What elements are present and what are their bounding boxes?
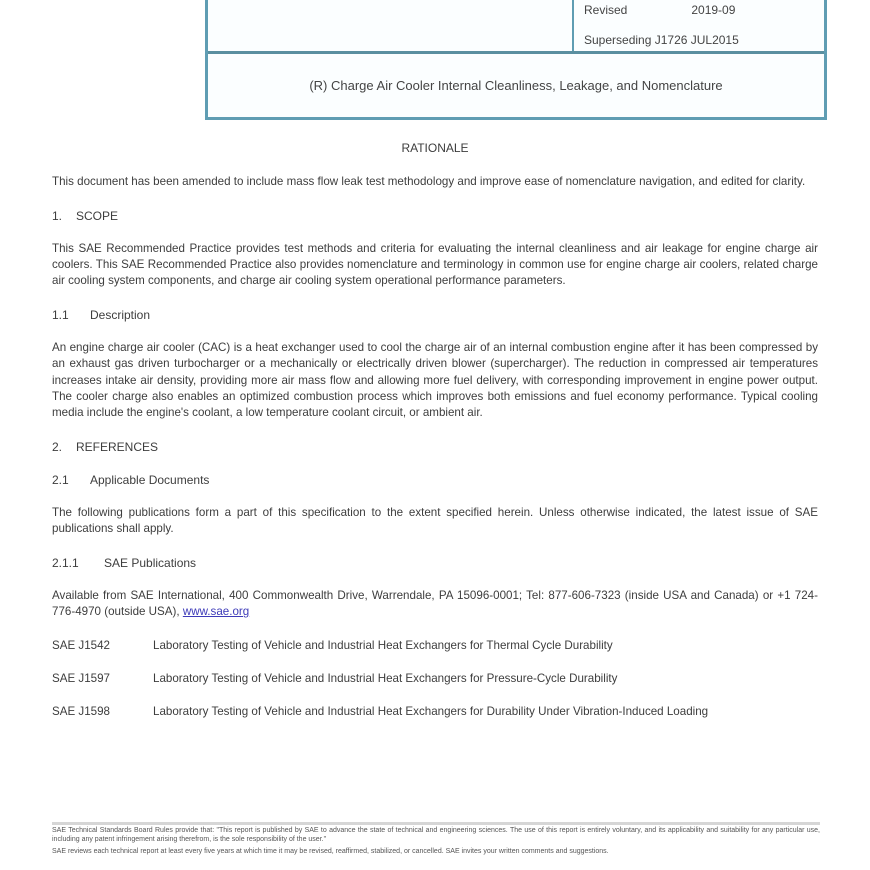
- document-title: (R) Charge Air Cooler Internal Cleanline…: [208, 54, 824, 117]
- reference-item: SAE J1597 Laboratory Testing of Vehicle …: [52, 671, 818, 687]
- revised-row: Revised 2019-09: [584, 3, 735, 17]
- reference-item: SAE J1598 Laboratory Testing of Vehicle …: [52, 704, 818, 720]
- description-text: An engine charge air cooler (CAC) is a h…: [52, 340, 818, 421]
- section-number: 2.1.1: [52, 555, 104, 571]
- reference-title: Laboratory Testing of Vehicle and Indust…: [153, 704, 818, 720]
- footer-paragraph: SAE reviews each technical report at lea…: [52, 847, 820, 856]
- footer-paragraph: SAE Technical Standards Board Rules prov…: [52, 826, 820, 844]
- section-title: Description: [90, 308, 150, 322]
- reference-id: SAE J1597: [52, 671, 153, 687]
- reference-id: SAE J1542: [52, 638, 153, 654]
- revised-label: Revised: [584, 3, 688, 17]
- scope-text: This SAE Recommended Practice provides t…: [52, 241, 818, 290]
- section-heading-description: 1.1Description: [52, 307, 818, 323]
- footer-notice: SAE Technical Standards Board Rules prov…: [52, 826, 820, 859]
- applicable-documents-text: The following publications form a part o…: [52, 505, 818, 538]
- header-top-row: Revised 2019-09 Superseding J1726 JUL201…: [208, 0, 824, 54]
- rationale-heading: RATIONALE: [52, 140, 818, 156]
- sae-website-link[interactable]: www.sae.org: [183, 605, 249, 618]
- section-title: SAE Publications: [104, 556, 196, 570]
- section-number: 2.1: [52, 472, 90, 488]
- section-number: 1.1: [52, 307, 90, 323]
- reference-title: Laboratory Testing of Vehicle and Indust…: [153, 671, 818, 687]
- section-heading-scope: 1.SCOPE: [52, 208, 818, 224]
- header-logo-cell: [208, 0, 574, 51]
- section-title: SCOPE: [76, 209, 118, 223]
- section-title: REFERENCES: [76, 440, 158, 454]
- reference-item: SAE J1542 Laboratory Testing of Vehicle …: [52, 638, 818, 654]
- section-number: 1.: [52, 208, 76, 224]
- superseding-row: Superseding J1726 JUL2015: [584, 33, 739, 47]
- section-title: Applicable Documents: [90, 473, 209, 487]
- reference-title: Laboratory Testing of Vehicle and Indust…: [153, 638, 818, 654]
- sae-availability-text: Available from SAE International, 400 Co…: [52, 588, 818, 621]
- rationale-text: This document has been amended to includ…: [52, 174, 818, 190]
- section-heading-sae-publications: 2.1.1SAE Publications: [52, 555, 818, 571]
- revised-value: 2019-09: [691, 3, 735, 17]
- document-header-box: Revised 2019-09 Superseding J1726 JUL201…: [205, 0, 827, 120]
- document-body: RATIONALE This document has been amended…: [52, 140, 818, 738]
- section-heading-references: 2.REFERENCES: [52, 439, 818, 455]
- section-number: 2.: [52, 439, 76, 455]
- footer-divider: [52, 822, 820, 825]
- availability-text: Available from SAE International, 400 Co…: [52, 589, 818, 618]
- section-heading-applicable-documents: 2.1Applicable Documents: [52, 472, 818, 488]
- reference-id: SAE J1598: [52, 704, 153, 720]
